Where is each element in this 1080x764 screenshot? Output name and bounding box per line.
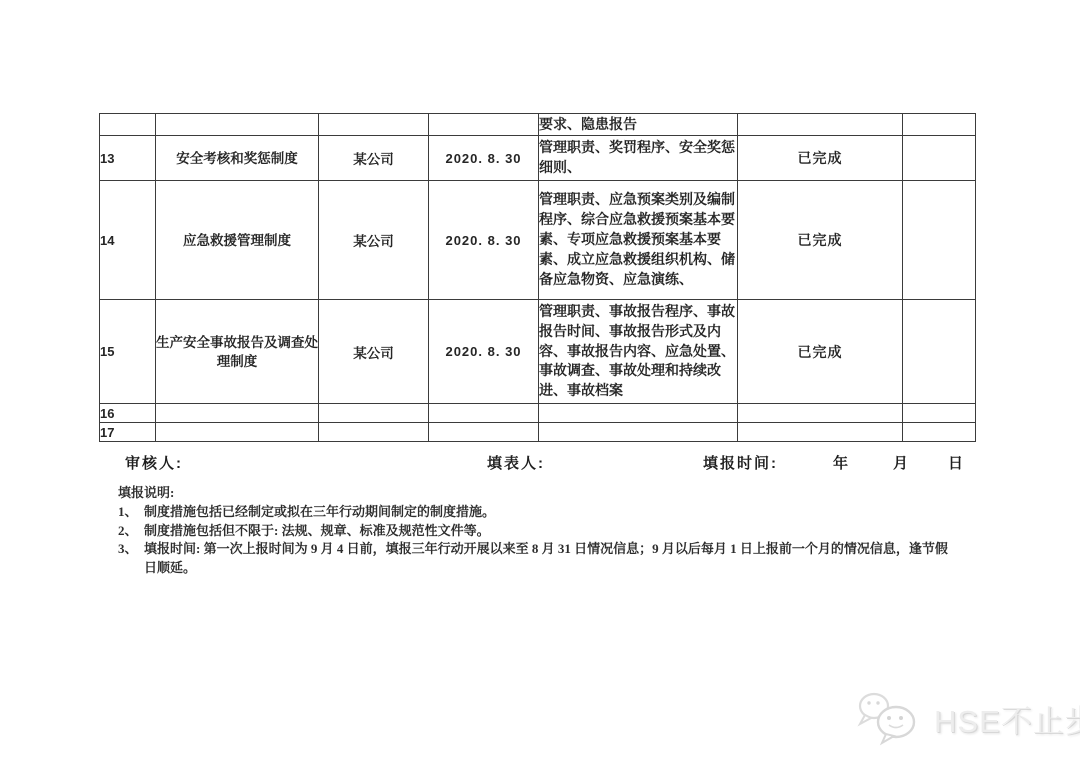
preparer-label: 填表人:	[487, 452, 545, 473]
cell-no: 17	[100, 423, 156, 442]
cell-name: 安全考核和奖惩制度	[156, 136, 319, 181]
cell-status: 已完成	[738, 300, 903, 404]
note-text: 制度措施包括已经制定或拟在三年行动期间制定的制度措施。	[144, 503, 1018, 521]
cell-detail: 管理职责、应急预案类别及编制程序、综合应急救援预案基本要素、专项应急救援预案基本…	[539, 181, 738, 300]
signature-line: 审核人: 填表人: 填报时间: 年 月 日	[0, 452, 1080, 474]
note-item-3-continuation: 日顺延。	[118, 559, 1018, 577]
cell-status	[738, 423, 903, 442]
cell-no	[100, 114, 156, 136]
filing-notes: 填报说明: 1、 制度措施包括已经制定或拟在三年行动期间制定的制度措施。 2、 …	[118, 484, 1018, 576]
cell-no: 14	[100, 181, 156, 300]
cell-unit	[319, 423, 429, 442]
cell-date	[429, 423, 539, 442]
table-row-17: 17	[100, 423, 976, 442]
cell-detail: 管理职责、事故报告程序、事故报告时间、事故报告形式及内容、事故报告内容、应急处置…	[539, 300, 738, 404]
cell-date: 2020. 8. 30	[429, 181, 539, 300]
table-row-carryover: 要求、隐患报告	[100, 114, 976, 136]
cell-remark	[903, 300, 976, 404]
note-text: 填报时间: 第一次上报时间为 9 月 4 日前，填报三年行动开展以来至 8 月 …	[144, 540, 1018, 558]
note-number: 1、	[118, 503, 144, 521]
notes-title: 填报说明:	[118, 484, 1018, 502]
reviewer-label: 审核人:	[125, 452, 183, 473]
cell-detail: 要求、隐患报告	[539, 114, 738, 136]
cell-unit: 某公司	[319, 136, 429, 181]
table-row-15: 15 生产安全事故报告及调查处理制度 某公司 2020. 8. 30 管理职责、…	[100, 300, 976, 404]
table-row-14: 14 应急救援管理制度 某公司 2020. 8. 30 管理职责、应急预案类别及…	[100, 181, 976, 300]
note-text: 制度措施包括但不限于: 法规、规章、标准及规范性文件等。	[144, 522, 1018, 540]
wechat-icon	[856, 690, 926, 746]
cell-name: 应急救援管理制度	[156, 181, 319, 300]
cell-detail	[539, 404, 738, 423]
cell-remark	[903, 114, 976, 136]
watermark-text: HSE不止步	[934, 696, 1080, 741]
cell-remark	[903, 136, 976, 181]
table-row-13: 13 安全考核和奖惩制度 某公司 2020. 8. 30 管理职责、奖罚程序、安…	[100, 136, 976, 181]
cell-date: 2020. 8. 30	[429, 300, 539, 404]
month-label: 月	[893, 452, 908, 473]
cell-date: 2020. 8. 30	[429, 136, 539, 181]
cell-name	[156, 404, 319, 423]
cell-date	[429, 114, 539, 136]
report-table: 要求、隐患报告 13 安全考核和奖惩制度 某公司 2020. 8. 30 管理职…	[99, 113, 976, 442]
note-number: 2、	[118, 522, 144, 540]
cell-name	[156, 423, 319, 442]
day-label: 日	[948, 452, 963, 473]
cell-name	[156, 114, 319, 136]
document-page: 要求、隐患报告 13 安全考核和奖惩制度 某公司 2020. 8. 30 管理职…	[0, 0, 1080, 764]
cell-unit: 某公司	[319, 181, 429, 300]
cell-remark	[903, 423, 976, 442]
cell-unit	[319, 114, 429, 136]
fill-time-label: 填报时间:	[703, 452, 778, 473]
cell-unit: 某公司	[319, 300, 429, 404]
cell-name: 生产安全事故报告及调查处理制度	[156, 300, 319, 404]
cell-status	[738, 404, 903, 423]
year-label: 年	[833, 452, 848, 473]
cell-no: 15	[100, 300, 156, 404]
note-item-2: 2、 制度措施包括但不限于: 法规、规章、标准及规范性文件等。	[118, 522, 1018, 540]
cell-detail	[539, 423, 738, 442]
note-item-1: 1、 制度措施包括已经制定或拟在三年行动期间制定的制度措施。	[118, 503, 1018, 521]
cell-no: 16	[100, 404, 156, 423]
cell-status: 已完成	[738, 181, 903, 300]
cell-date	[429, 404, 539, 423]
table-row-16: 16	[100, 404, 976, 423]
cell-no: 13	[100, 136, 156, 181]
cell-remark	[903, 181, 976, 300]
cell-unit	[319, 404, 429, 423]
note-item-3: 3、 填报时间: 第一次上报时间为 9 月 4 日前，填报三年行动开展以来至 8…	[118, 540, 1018, 558]
note-number: 3、	[118, 540, 144, 558]
cell-status: 已完成	[738, 136, 903, 181]
cell-remark	[903, 404, 976, 423]
watermark-logo: HSE不止步	[856, 690, 1080, 746]
cell-detail: 管理职责、奖罚程序、安全奖惩细则、	[539, 136, 738, 181]
cell-status	[738, 114, 903, 136]
